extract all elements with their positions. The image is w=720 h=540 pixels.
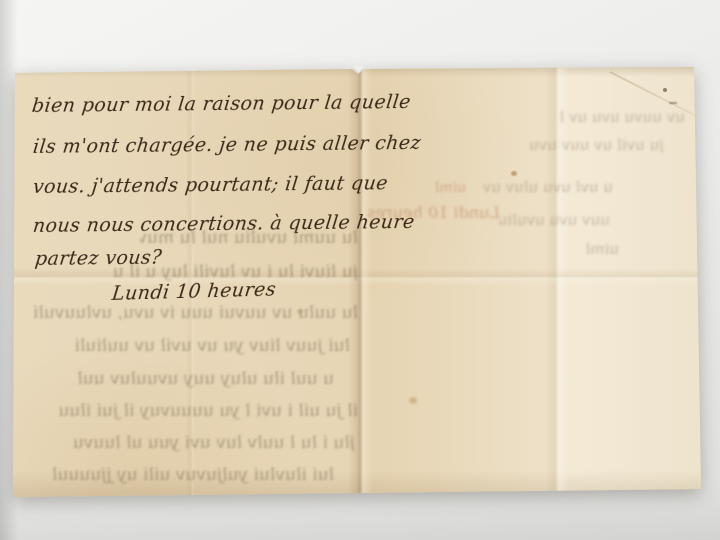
bleedthrough-line: il ju uil i uvi l yu uuuuvuy il jui iluu xyxy=(27,401,359,421)
stain-spot xyxy=(669,102,677,104)
handwriting-line: bien pour moi la raison pour la quelle xyxy=(31,91,412,117)
bleedthrough-line: ju liuvi lu i uv luvili luy u il uivi xyxy=(111,262,359,282)
bleedthrough-line: u uvl uvu uluv uv xyxy=(447,178,614,196)
handwriting-line: ils m'ont chargée. je ne puis aller chez xyxy=(32,132,422,158)
stain-spot xyxy=(663,88,667,92)
bleedthrough-line: lui juuv liuv yu uv uvil uv uuliuli xyxy=(29,336,351,356)
stain-spot xyxy=(297,309,303,314)
bleedthrough-line: lui iluvlui yuljuvuv uili uy jjuuuul xyxy=(43,465,335,485)
handwriting-line: vous. j'attends pourtant; il faut que xyxy=(32,172,389,198)
bleedthrough-line: uuv uvu uvuliu xyxy=(499,211,611,229)
stain-spot xyxy=(511,171,517,176)
bleedthrough-line: u uul ilu uluy uuy uvuuluv uul xyxy=(33,369,335,389)
bleedthrough-line: ju uvil uv uuv uvu xyxy=(513,136,665,154)
stain-spot xyxy=(409,397,417,404)
bleedthrough-line: uiml xyxy=(572,240,620,258)
bleedthrough-line: jlu i lu l uulv luv uvi yuu ul luuvu xyxy=(29,433,356,453)
bleedthrough-line: lu uulu uv uuvui uuu iv uvu, uvluuvuli xyxy=(27,303,359,323)
bleedthrough-line: uv uuvu uvu uv l xyxy=(552,108,686,126)
bleedthrough-line: lu uuml uvuliu nul lu muv xyxy=(139,228,359,248)
ink-transfer-mark: uiml xyxy=(429,180,467,196)
ink-transfer-dateline: Lundi 10 heures xyxy=(365,203,501,222)
handwriting-dateline: Lundi 10 heures xyxy=(111,278,277,305)
photo-background: bien pour moi la raison pour la quelle i… xyxy=(0,0,720,540)
letter-sheet-wrapper: bien pour moi la raison pour la quelle i… xyxy=(0,0,720,540)
letter-sheet: bien pour moi la raison pour la quelle i… xyxy=(0,0,720,540)
